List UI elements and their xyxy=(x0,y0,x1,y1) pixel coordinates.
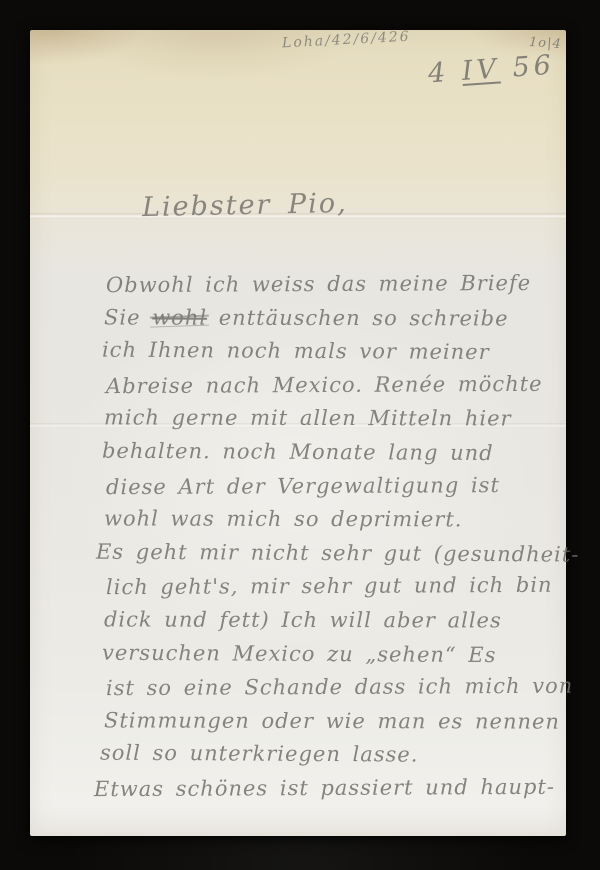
letter-line: ich Ihnen noch mals vor meiner xyxy=(102,334,546,370)
letter-page: Loha/42/6/426 1o|4 4 IV 56 Liebster Pio,… xyxy=(30,30,566,836)
date-year: 56 xyxy=(511,50,555,84)
letter-line: Es geht mir nicht sehr gut (gesundheit- xyxy=(96,535,546,571)
scan-background: Loha/42/6/426 1o|4 4 IV 56 Liebster Pio,… xyxy=(0,0,600,870)
letter-line: dick und fett) Ich will aber alles xyxy=(104,603,546,638)
letter-line: wohl was mich so deprimiert. xyxy=(104,503,546,538)
salutation: Liebster Pio, xyxy=(142,188,348,223)
letter-date: 4 IV 56 xyxy=(427,50,556,90)
letter-line: Sie wohl enttäuschen so schreibe xyxy=(104,301,546,336)
struck-word: wohl xyxy=(152,305,207,329)
letter-line: Obwohl ich weiss das meine Briefe xyxy=(106,267,546,303)
date-month-roman: IV xyxy=(461,53,501,87)
letter-line: soll so unterkriegen lasse. xyxy=(100,737,546,773)
letter-line: ist so eine Schande dass ich mich von xyxy=(106,670,546,706)
letter-line: behalten. noch Monate lang und xyxy=(102,435,546,471)
date-day: 4 xyxy=(427,57,450,89)
letter-line: Etwas schönes ist passiert und haupt- xyxy=(94,771,546,807)
letter-line: lich geht's, mir sehr gut und ich bin xyxy=(106,569,546,605)
letter-line: versuchen Mexico zu „sehen“ Es xyxy=(102,636,546,672)
letter-line: Abreise nach Mexico. Renée möchte xyxy=(106,368,546,404)
letter-line: Stimmungen oder wie man es nennen xyxy=(104,704,546,739)
letter-line: diese Art der Vergewaltigung ist xyxy=(106,468,546,504)
letter-body: Obwohl ich weiss das meine BriefeSie woh… xyxy=(102,268,546,806)
letter-line: mich gerne mit allen Mitteln hier xyxy=(104,402,546,437)
archive-reference: Loha/42/6/426 xyxy=(282,29,411,52)
